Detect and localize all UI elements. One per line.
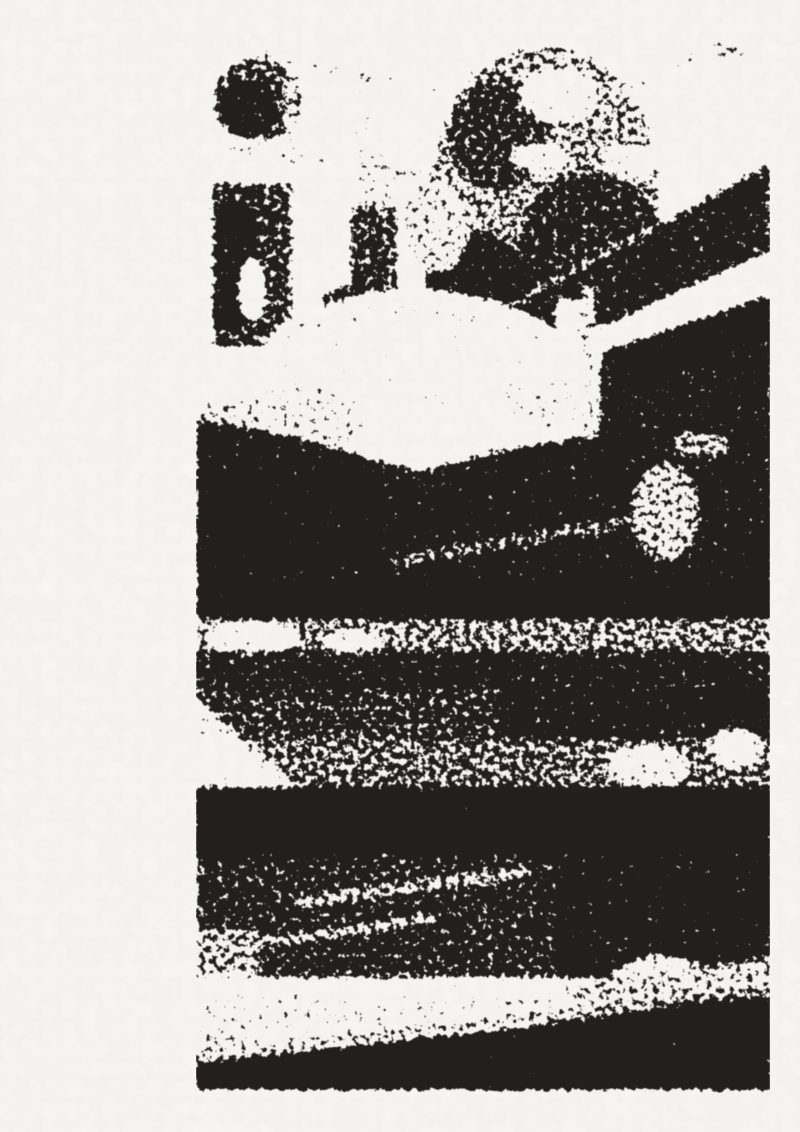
stipple-render-svg — [0, 0, 800, 1132]
tonal-map — [170, 8, 798, 1126]
stippled-photograph — [0, 0, 800, 1132]
terrace-bands — [196, 420, 772, 1008]
page — [0, 0, 800, 1132]
